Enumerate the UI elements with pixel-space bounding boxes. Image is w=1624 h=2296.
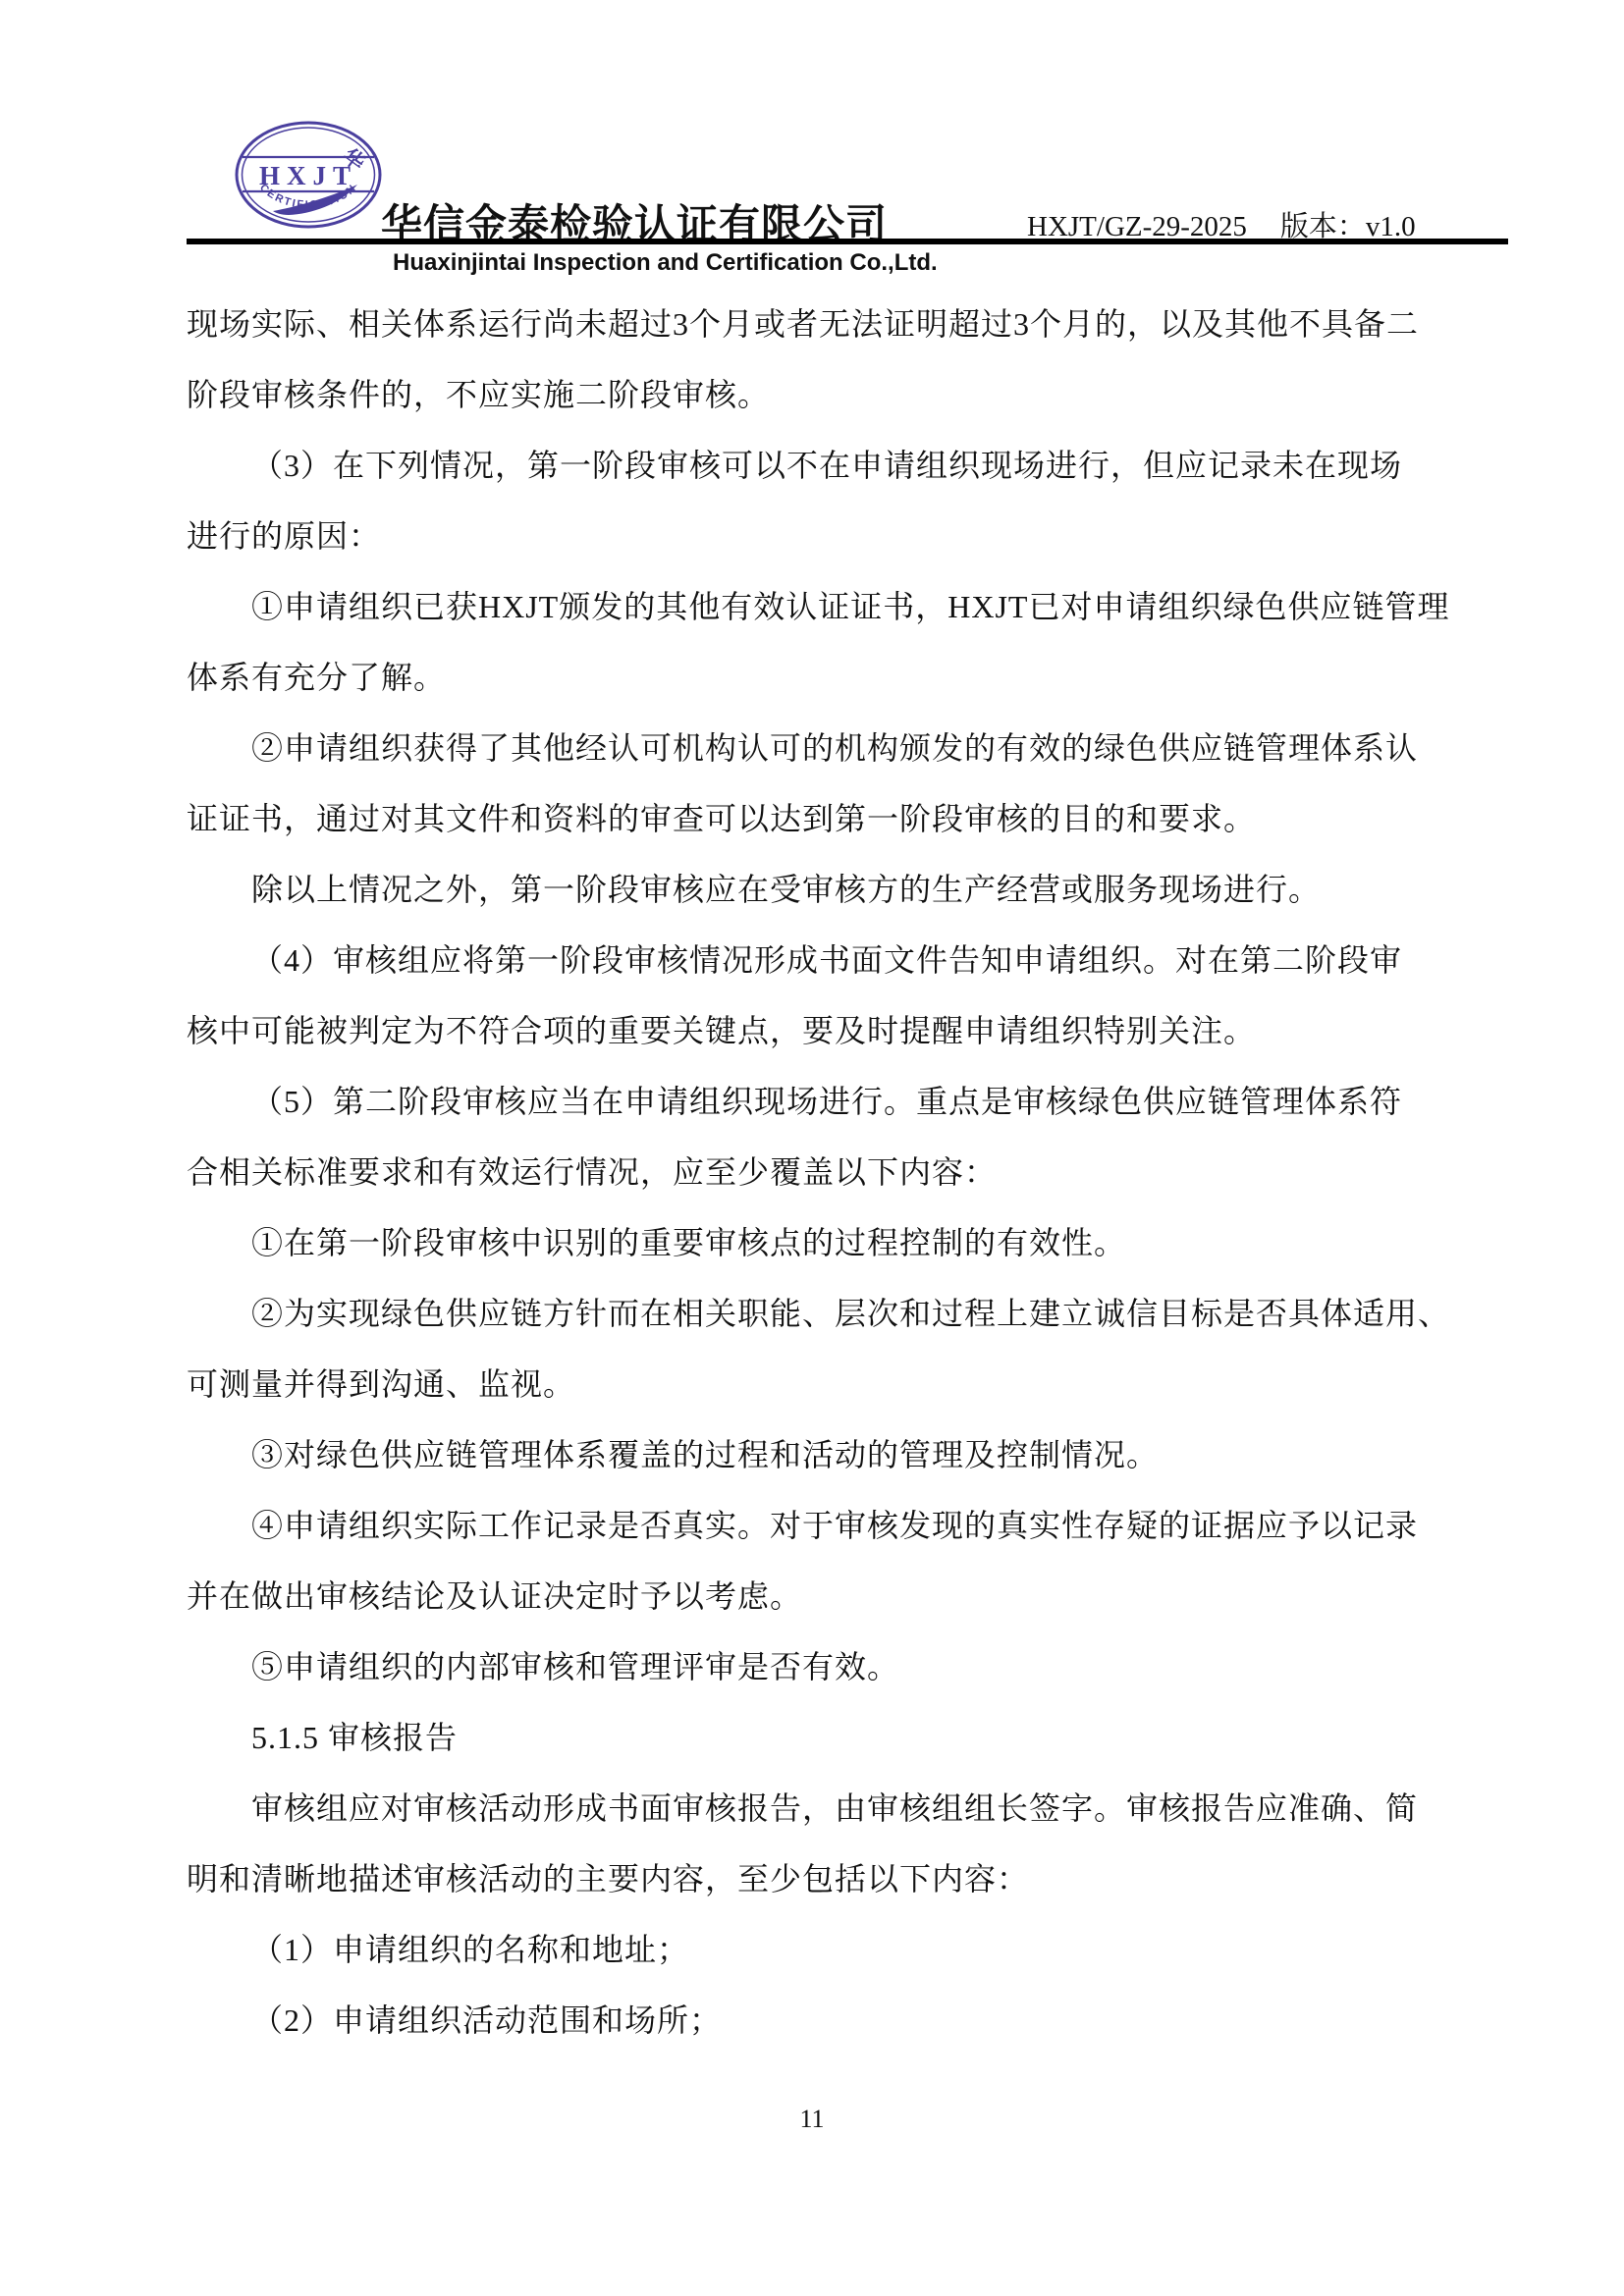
body-line: 现场实际、相关体系运行尚未超过3个月或者无法证明超过3个月的，以及其他不具备二 [187,302,1492,373]
body-line: （2）申请组织活动范围和场所； [187,1999,1492,2069]
body-line: ①申请组织已获HXJT颁发的其他有效认证证书，HXJT已对申请组织绿色供应链管理 [187,585,1492,656]
body-line: 可测量并得到沟通、监视。 [187,1362,1492,1433]
body-line: （5）第二阶段审核应当在申请组织现场进行。重点是审核绿色供应链管理体系符 [187,1080,1492,1150]
body-line: 明和清晰地描述审核活动的主要内容，至少包括以下内容： [187,1857,1492,1928]
body-line: ③对绿色供应链管理体系覆盖的过程和活动的管理及控制情况。 [187,1433,1492,1504]
body-line: （4）审核组应将第一阶段审核情况形成书面文件告知申请组织。对在第二阶段审 [187,938,1492,1009]
header-divider [187,239,1508,244]
body-line: 核中可能被判定为不符合项的重要关键点，要及时提醒申请组织特别关注。 [187,1009,1492,1080]
body-line: 并在做出审核结论及认证决定时予以考虑。 [187,1575,1492,1645]
body-line: 体系有充分了解。 [187,656,1492,726]
body-line: ④申请组织实际工作记录是否真实。对于审核发现的真实性存疑的证据应予以记录 [187,1504,1492,1575]
body-line: 审核组应对审核活动形成书面审核报告，由审核组组长签字。审核报告应准确、简 [187,1787,1492,1857]
document-body: 现场实际、相关体系运行尚未超过3个月或者无法证明超过3个月的，以及其他不具备二 … [187,302,1492,2069]
body-line: ②申请组织获得了其他经认可机构认可的机构颁发的有效的绿色供应链管理体系认 [187,726,1492,797]
body-line: （1）申请组织的名称和地址； [187,1928,1492,1999]
body-line: 进行的原因： [187,514,1492,585]
body-line: 证证书，通过对其文件和资料的审查可以达到第一阶段审核的目的和要求。 [187,797,1492,868]
body-line: ⑤申请组织的内部审核和管理评审是否有效。 [187,1645,1492,1716]
body-line: 5.1.5 审核报告 [187,1716,1492,1787]
body-line: 除以上情况之外，第一阶段审核应在受审核方的生产经营或服务现场进行。 [187,868,1492,938]
body-line: 阶段审核条件的，不应实施二阶段审核。 [187,373,1492,444]
logo-acronym-text: HXJT [259,161,357,190]
hxjt-seal-logo-icon: 华信金泰 HXJT CERTIFICATION [234,120,383,230]
body-line: 合相关标准要求和有效运行情况，应至少覆盖以下内容： [187,1150,1492,1221]
page-number: 11 [0,2105,1624,2134]
document-page: 华信金泰 HXJT CERTIFICATION 华信金泰检验认证有限公司 HXJ… [0,0,1624,2296]
body-line: ①在第一阶段审核中识别的重要审核点的过程控制的有效性。 [187,1221,1492,1292]
company-name-en: Huaxinjintai Inspection and Certificatio… [393,249,938,277]
body-line: ②为实现绿色供应链方针而在相关职能、层次和过程上建立诚信目标是否具体适用、 [187,1292,1492,1362]
body-line: （3）在下列情况，第一阶段审核可以不在申请组织现场进行，但应记录未在现场 [187,444,1492,514]
